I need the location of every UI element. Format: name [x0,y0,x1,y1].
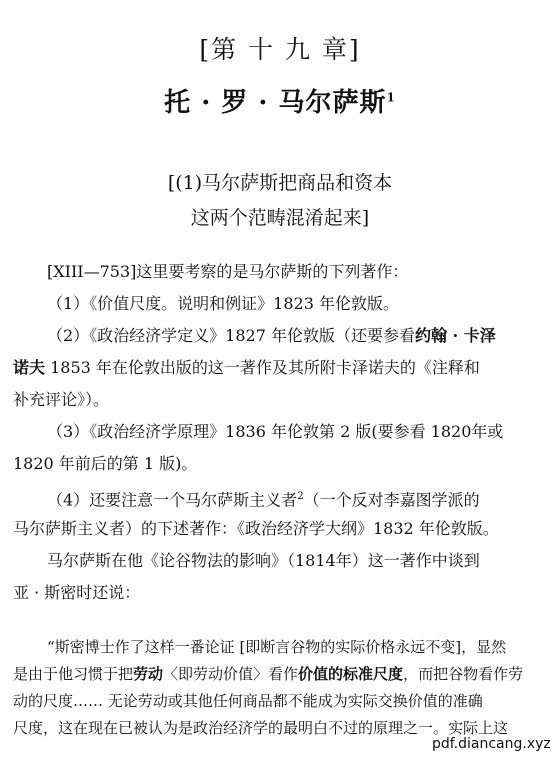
emphasis-value-standard: 价值的标准尺度 [298,665,403,683]
item-4-text: （4）还要注意一个马尔萨斯主义者 [47,490,297,509]
item-2-line1: （2）《政治经济学定义》1827 年伦敦版（还要参看约翰 · 卡泽 [47,326,496,346]
quote-text: ，而把谷物看作劳 [403,665,523,683]
quote-line3: 动的尺度…… 无论劳动或其他任何商品都不能成为实际交换价值的准确 [13,691,483,711]
quote-text: 〈即劳动价值〉看作 [163,665,298,683]
footnote-ref: 1 [386,90,395,104]
item-4-line1: （4）还要注意一个马尔萨斯主义者2（一个反对李嘉图学派的 [47,487,480,510]
item-4-line2: 马尔萨斯主义者）的下述著作：《政治经济学大纲》1832 年伦敦版。 [13,519,499,539]
paragraph-line1: 马尔萨斯在他《论谷物法的影响》（1814年）这一著作中谈到 [47,551,480,571]
chapter-title: 托 · 罗 · 马尔萨斯1 [0,82,560,119]
item-2-line2: 诺夫 1853 年在伦敦出版的这一著作及其所附卡泽诺夫的《注释和 [13,358,480,378]
quote-line2: 是由于他习惯于把劳动〈即劳动价值〉看作价值的标准尺度，而把谷物看作劳 [13,664,523,684]
item-2-text: （2）《政治经济学定义》1827 年伦敦版（还要参看 [47,326,415,345]
author-name: 约翰 · 卡泽 [415,326,496,345]
paragraph-line2: 亚 · 斯密时还说： [13,583,140,603]
item-3-line1: （3）《政治经济学原理》1836 年伦敦第 2 版(要参看 1820年或 [47,422,503,442]
section-heading-line2: 这两个范畴混淆起来] [0,203,560,230]
quote-line1: “斯密博士作了这样一番论证 [即断言谷物的实际价格永远不变]，显然 [47,637,506,657]
item-2-text-cont: 1853 年在伦敦出版的这一著作及其所附卡泽诺夫的《注释和 [45,358,480,377]
section-heading-line1: [(1)马尔萨斯把商品和资本 [0,168,560,195]
item-4-text-cont: （一个反对李嘉图学派的 [304,490,480,509]
chapter-number: [第 十 九 章] [0,30,560,66]
item-2-line3: 补充评论》）。 [13,390,109,410]
quote-text: 是由于他习惯于把 [13,665,133,683]
item-1: （1）《价值尺度。说明和例证》1823 年伦敦版。 [47,294,399,314]
item-3-line2: 1820 年前后的第 1 版)。 [13,454,197,474]
document-page: [第 十 九 章] 托 · 罗 · 马尔萨斯1 [(1)马尔萨斯把商品和资本 这… [0,0,560,766]
watermark: pdf.diancang.xyz [432,736,551,752]
chapter-title-text: 托 · 罗 · 马尔萨斯 [164,88,386,118]
emphasis-labor: 劳动 [133,665,163,683]
intro-line: [XIII—753]这里要考察的是马尔萨斯的下列著作： [47,262,408,282]
quote-line4: 尺度，这在现在已被认为是政治经济学的最明白不过的原理之一。实际上这 [13,718,508,738]
author-name-cont: 诺夫 [13,358,45,377]
